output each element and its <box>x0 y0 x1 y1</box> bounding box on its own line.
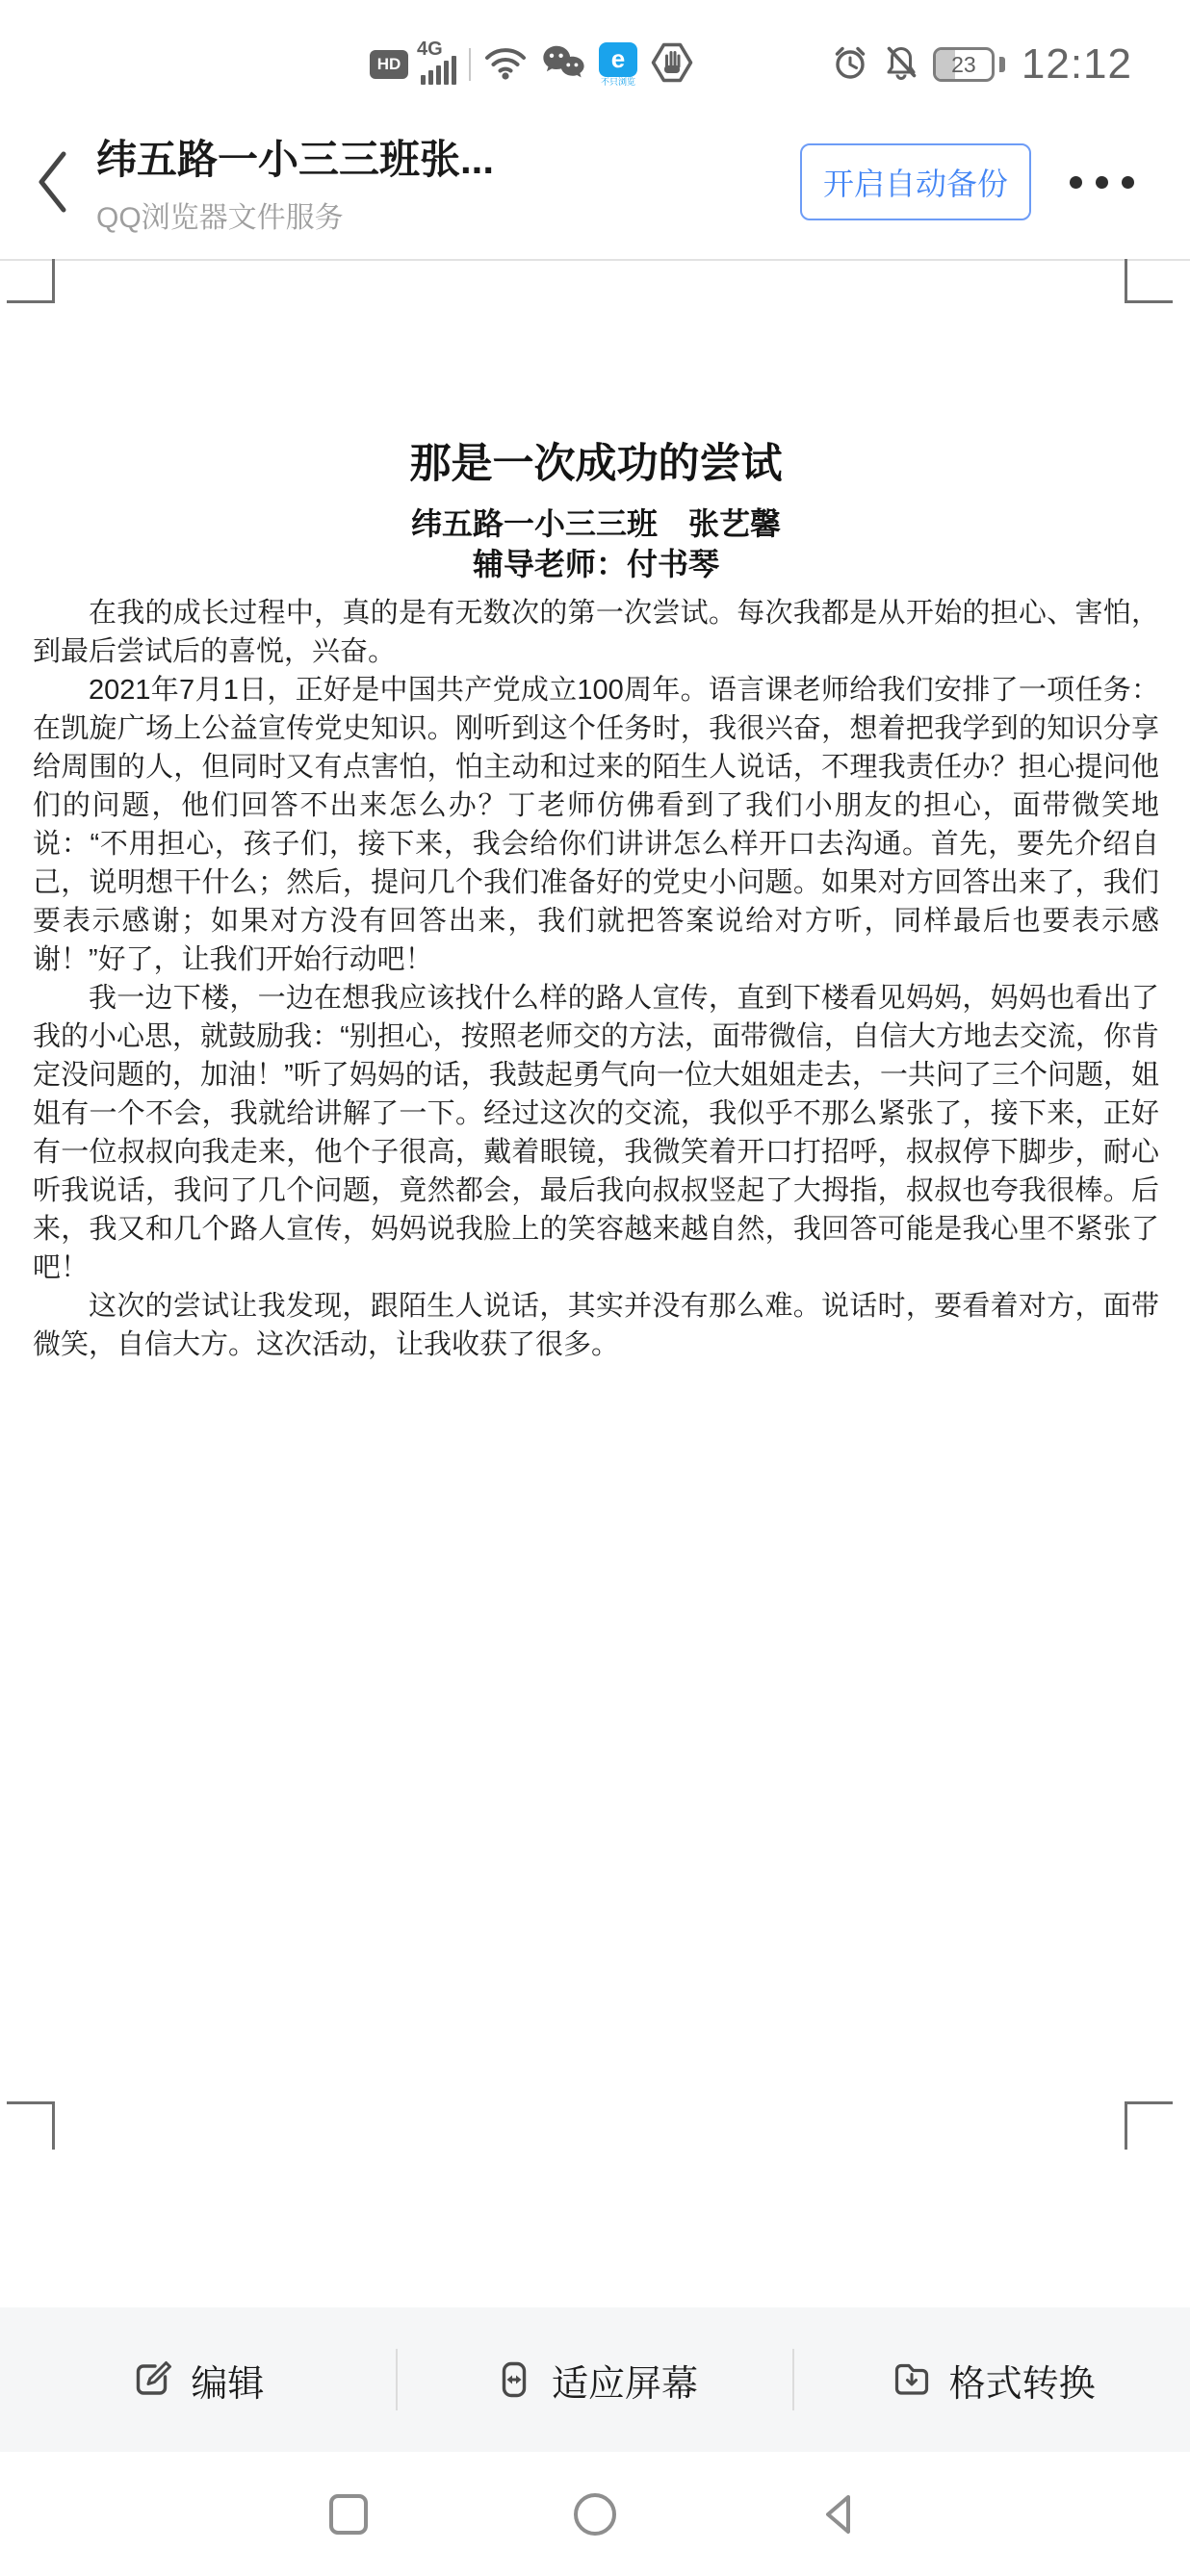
network-type-label: 4G <box>417 39 443 61</box>
cellular-signal-icon: 4G <box>421 44 456 85</box>
hd-badge-icon: HD <box>370 50 408 79</box>
back-triangle-icon <box>816 2489 867 2539</box>
page-corner-mark-bottom-left <box>7 2101 55 2150</box>
essay-byline-teacher: 辅导老师：付书琴 <box>33 544 1159 584</box>
file-title: 纬五路一小三三班张... <box>96 128 800 186</box>
alarm-icon <box>831 43 869 87</box>
app-header: 纬五路一小三三班张... QQ浏览器文件服务 开启自动备份 <box>0 106 1190 258</box>
recents-square-icon <box>323 2489 374 2539</box>
format-convert-label: 格式转换 <box>949 2354 1096 2407</box>
qq-browser-caption: 不只浏览 <box>601 77 635 88</box>
more-menu-button[interactable] <box>1056 176 1134 189</box>
wechat-icon <box>540 42 586 88</box>
page-corner-mark-top-left <box>7 259 55 303</box>
edit-button[interactable]: 编辑 <box>0 2307 396 2452</box>
glove-mode-icon <box>650 41 694 89</box>
recents-button[interactable] <box>323 2489 374 2539</box>
home-button[interactable] <box>570 2489 620 2539</box>
phone-screen: HD 4G <box>0 0 1190 2576</box>
back-nav-button[interactable] <box>816 2489 867 2539</box>
bottom-toolbar: 编辑 适应屏幕 格式转换 <box>0 2307 1190 2452</box>
status-bar: HD 4G <box>0 0 1190 106</box>
clock-time: 12:12 <box>1022 40 1132 89</box>
back-button[interactable] <box>35 148 69 216</box>
fit-screen-icon <box>492 2357 536 2402</box>
status-icons-right: 23 12:12 <box>831 37 1132 92</box>
qq-browser-icon: e 不只浏览 <box>599 42 637 88</box>
notifications-muted-icon <box>882 43 920 87</box>
home-circle-icon <box>570 2489 620 2539</box>
edit-label: 编辑 <box>191 2354 264 2407</box>
fit-screen-label: 适应屏幕 <box>552 2354 698 2407</box>
qq-browser-e-letter: e <box>599 42 637 77</box>
header-titles: 纬五路一小三三班张... QQ浏览器文件服务 <box>96 128 800 236</box>
status-icons-left: HD 4G <box>370 37 694 92</box>
essay-title: 那是一次成功的尝试 <box>33 431 1159 490</box>
fit-screen-button[interactable]: 适应屏幕 <box>398 2307 793 2452</box>
android-nav-bar <box>0 2452 1190 2576</box>
document-viewer[interactable]: 那是一次成功的尝试 纬五路一小三三班 张艺馨 辅导老师：付书琴 在我的成长过程中… <box>0 259 1190 2307</box>
service-subtitle: QQ浏览器文件服务 <box>96 193 800 236</box>
back-chevron-icon <box>35 148 69 216</box>
auto-backup-button[interactable]: 开启自动备份 <box>800 143 1031 220</box>
page-top-divider <box>0 259 1190 261</box>
format-convert-button[interactable]: 格式转换 <box>794 2307 1190 2452</box>
page-corner-mark-bottom-right <box>1125 2101 1173 2150</box>
essay-paragraph: 我一边下楼，一边在想我应该找什么样的路人宣传，直到下楼看见妈妈，妈妈也看出了我的… <box>33 979 1159 1287</box>
edit-pencil-icon <box>131 2357 175 2402</box>
battery-percent: 23 <box>951 52 976 78</box>
essay-document: 那是一次成功的尝试 纬五路一小三三班 张艺馨 辅导老师：付书琴 在我的成长过程中… <box>33 431 1159 1364</box>
wifi-icon <box>483 44 528 86</box>
battery-icon: 23 <box>933 47 995 82</box>
essay-paragraph: 在我的成长过程中，真的是有无数次的第一次尝试。每次我都是从开始的担心、害怕，到最… <box>33 594 1159 671</box>
format-convert-icon <box>890 2357 934 2402</box>
essay-paragraph: 这次的尝试让我发现，跟陌生人说话，其实并没有那么难。说话时，要看着对方，面带微笑… <box>33 1287 1159 1364</box>
essay-paragraph: 2021年7月1日，正好是中国共产党成立100周年。语言课老师给我们安排了一项任… <box>33 671 1159 979</box>
essay-body: 在我的成长过程中，真的是有无数次的第一次尝试。每次我都是从开始的担心、害怕，到最… <box>33 594 1159 1364</box>
status-divider <box>469 48 471 81</box>
battery-nub <box>999 57 1005 72</box>
essay-byline-author: 纬五路一小三三班 张艺馨 <box>33 503 1159 544</box>
page-corner-mark-top-right <box>1125 259 1173 303</box>
